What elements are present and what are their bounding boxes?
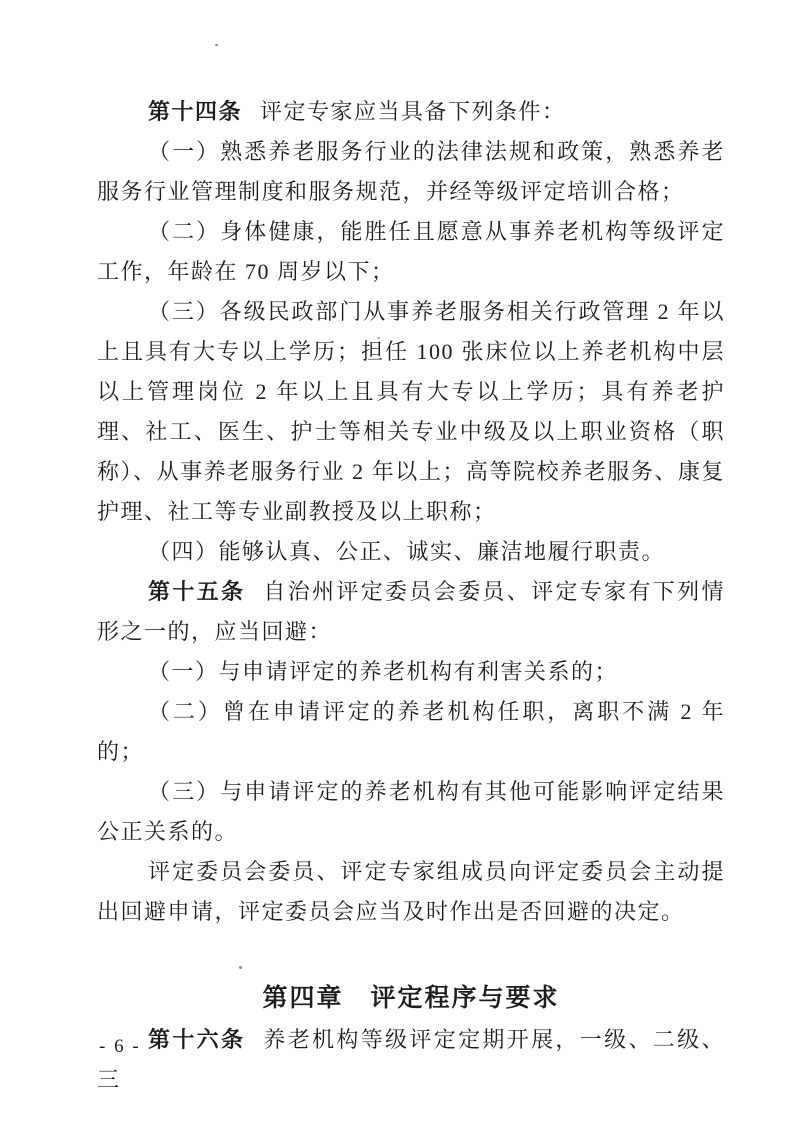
article-14-number: 第十四条 [148,99,242,124]
recusal-procedure-paragraph: 评定委员会委员、评定专家组成员向评定委员会主动提出回避申请，评定委员会应当及时作… [97,852,725,932]
clause-text: （三）各级民政部门从事养老服务相关行政管理 2 年以上且具有大专以上学历；担任 … [97,299,725,524]
document-body: 第十四条评定专家应当具备下列条件： （一）熟悉养老服务行业的法律法规和政策，熟悉… [97,92,725,1100]
scanned-document-page: 第十四条评定专家应当具备下列条件： （一）熟悉养老服务行业的法律法规和政策，熟悉… [0,0,793,1122]
chapter-4-heading: 第四章 评定程序与要求 [97,978,725,1018]
page-number: - 6 - [99,1036,141,1058]
article-14-clause-1: （一）熟悉养老服务行业的法律法规和政策，熟悉养老服务行业管理制度和服务规范，并经… [97,132,725,212]
article-16-opening-line: 第十六条养老机构等级评定定期开展，一级、二级、三 [97,1020,725,1100]
clause-text: （一）熟悉养老服务行业的法律法规和政策，熟悉养老服务行业管理制度和服务规范，并经… [97,139,725,204]
article-15-number: 第十五条 [148,579,245,604]
clause-text: （二）身体健康，能胜任且愿意从事养老机构等级评定工作，年龄在 70 周岁以下； [97,219,725,284]
clause-text: （二）曾在申请评定的养老机构任职，离职不满 2 年的； [97,699,725,764]
clause-text: （三）与申请评定的养老机构有其他可能影响评定结果公正关系的。 [97,779,725,844]
article-14-clause-2: （二）身体健康，能胜任且愿意从事养老机构等级评定工作，年龄在 70 周岁以下； [97,212,725,292]
article-15-clause-3: （三）与申请评定的养老机构有其他可能影响评定结果公正关系的。 [97,772,725,852]
article-14-clause-4: （四）能够认真、公正、诚实、廉洁地履行职责。 [97,532,725,572]
article-15-opening-line: 第十五条自治州评定委员会委员、评定专家有下列情形之一的，应当回避： [97,572,725,652]
article-15-clause-1: （一）与申请评定的养老机构有利害关系的； [97,652,725,692]
article-16-number: 第十六条 [148,1027,245,1052]
article-14-text: 评定专家应当具备下列条件： [260,99,566,124]
article-15-clause-2: （二）曾在申请评定的养老机构任职，离职不满 2 年的； [97,692,725,772]
paragraph-text: 评定委员会委员、评定专家组成员向评定委员会主动提出回避申请，评定委员会应当及时作… [97,859,725,924]
clause-text: （四）能够认真、公正、诚实、廉洁地履行职责。 [148,539,665,564]
article-14-clause-3: （三）各级民政部门从事养老服务相关行政管理 2 年以上且具有大专以上学历；担任 … [97,292,725,532]
article-14-opening-line: 第十四条评定专家应当具备下列条件： [97,92,725,132]
scan-speck [215,44,218,46]
clause-text: （一）与申请评定的养老机构有利害关系的； [148,659,618,684]
